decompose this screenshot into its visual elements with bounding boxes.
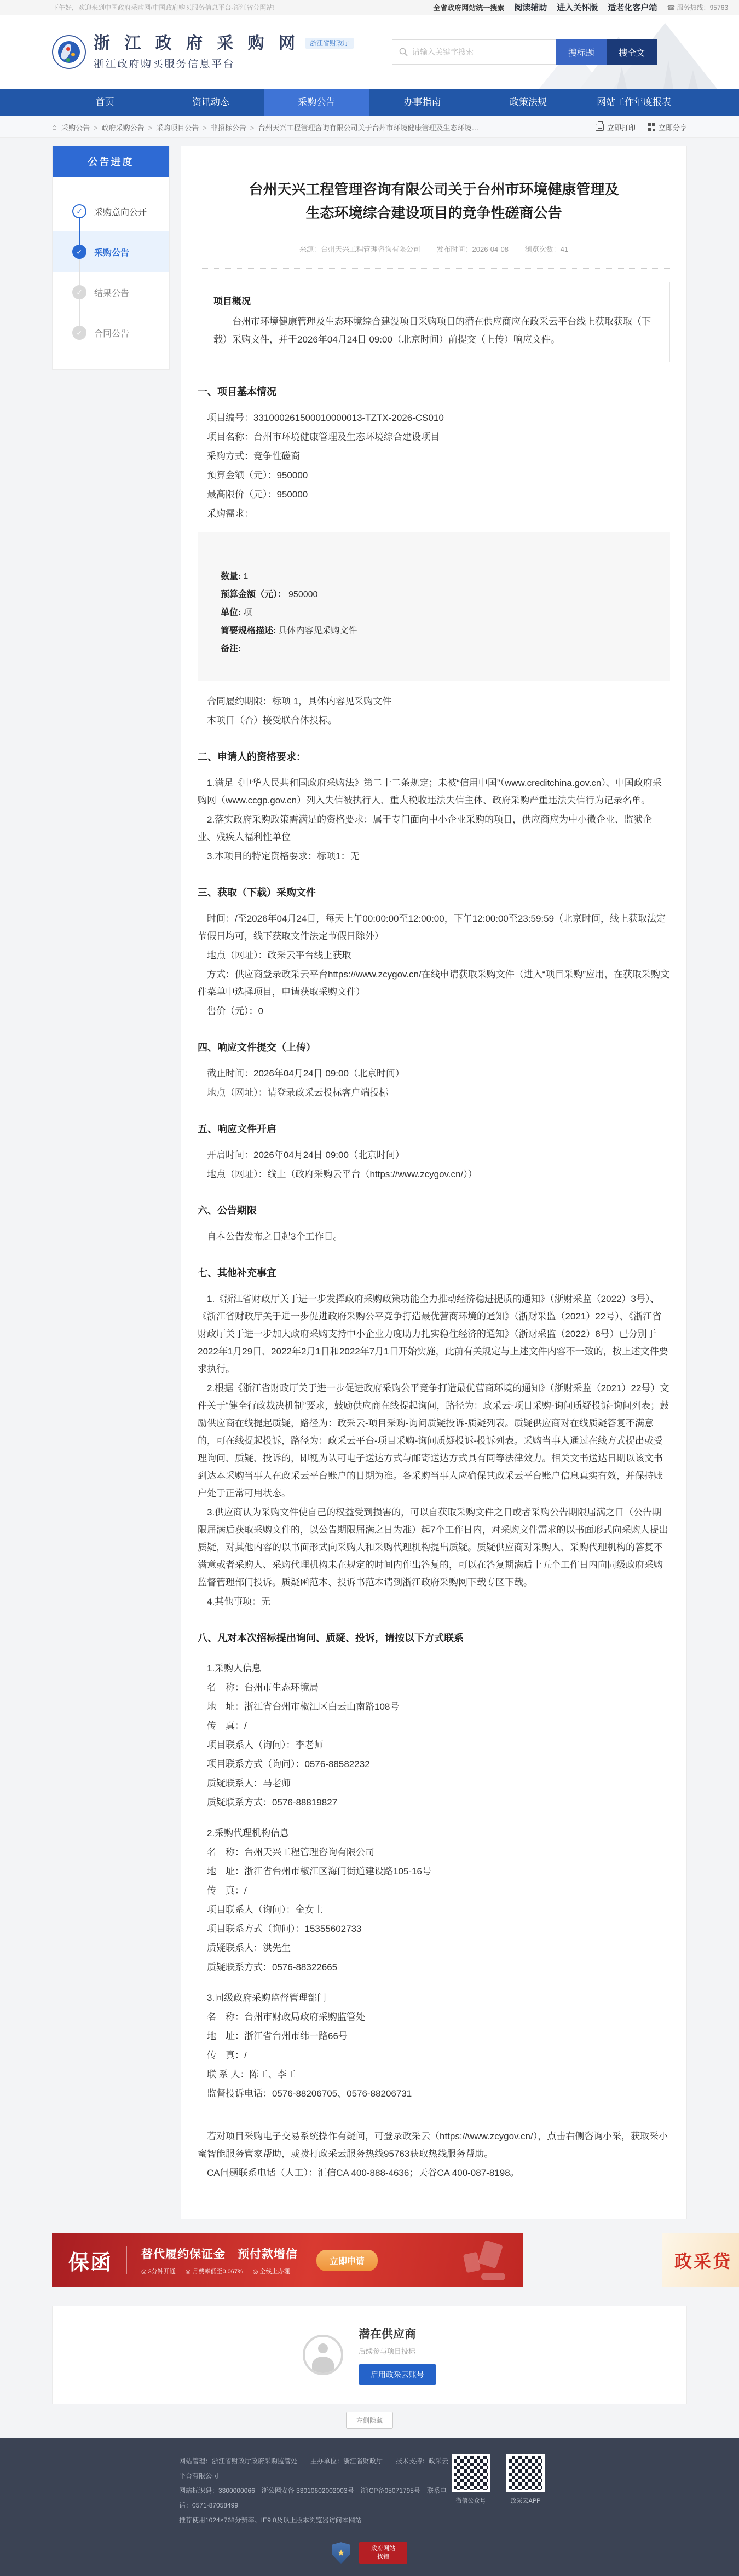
article-views: 浏览次数：41 [525, 245, 568, 253]
elderly-client-link[interactable]: 适老化客户端 [608, 2, 657, 13]
page-title: 台州天兴工程管理咨询有限公司关于台州市环境健康管理及生态环境综合建设项目的竞争性… [198, 178, 670, 225]
announcement-progress-sidebar: 公告进度 ✓ 采购意向公开 ✓ 采购公告 ✓ 结果公告 ✓ [52, 146, 170, 370]
article-block: 地点（网址）：请登录政采云投标客户端投标 [198, 1084, 670, 1102]
lot-line: 预算金额（元）：950000 [221, 586, 647, 604]
site-header: 浙 江 政 府 采 购 网浙江省财政厅 浙江政府购买服务信息平台 搜标题 搜全文 [0, 15, 739, 89]
article-block: 项目联系方式（询问）：0576-88582232 [198, 1756, 670, 1773]
guarantee-letter-banner[interactable]: 保函 替代履约保证金 预付款增信 3分钟开通月费率低至0.067%全线上办理 立… [52, 2233, 523, 2287]
article-block: 名 称：台州市财政局政府采购监管处 [198, 2008, 670, 2026]
article-block: 名 称：台州市生态环境局 [198, 1679, 670, 1697]
nav-item[interactable]: 采购公告 [264, 89, 370, 116]
article-block: 地点（网址）：政采云平台线上获取 [198, 947, 670, 964]
article-block: 若对项目采购电子交易系统操作有疑问，可登录政采云（https://www.zcy… [198, 2128, 670, 2163]
article-block: 采购需求： [198, 505, 670, 523]
sidebar-title: 公告进度 [53, 146, 169, 177]
lot-line-label: 预算金额（元）： [221, 590, 286, 599]
article-block: 4.其他事项：无 [198, 1593, 670, 1611]
breadcrumb-item[interactable]: 采购公告 [61, 122, 90, 132]
check-icon: ✓ [72, 285, 86, 299]
lot-line-label: 备注: [221, 644, 241, 653]
announcement-article: 台州天兴工程管理咨询有限公司关于台州市环境健康管理及生态环境综合建设项目的竞争性… [181, 146, 687, 2219]
article-source: 来源：台州天兴工程管理咨询有限公司 [299, 245, 420, 253]
article-block: 开启时间：2026年04月24日 09:00（北京时间） [198, 1147, 670, 1164]
lot-line-value: 具体内容见采购文件 [278, 626, 357, 635]
breadcrumb-item[interactable]: 政府采购公告 [90, 122, 145, 132]
province-unified-search-link[interactable]: 全省政府网站统一搜索 [433, 2, 504, 13]
qr-caption: 微信公众号 [452, 2496, 490, 2505]
article-block: 质疑联系人：马老师 [198, 1775, 670, 1792]
share-button[interactable]: 立即分享 [648, 122, 687, 132]
supplier-card-subtitle: 后续参与项目投标 [359, 2346, 436, 2356]
article-block: 本项目（否）接受联合体投标。 [198, 712, 670, 730]
article-block: 质疑联系方式：0576-88819827 [198, 1794, 670, 1811]
article-block: 合同履约期限：标项 1，具体内容见采购文件 [198, 693, 670, 710]
ad-banner-row: 保函 替代履约保证金 预付款增信 3分钟开通月费率低至0.067%全线上办理 立… [0, 2233, 739, 2287]
article-meta: 来源：台州天兴工程管理咨询有限公司 发布时间：2026-04-08 浏览次数：4… [198, 244, 670, 254]
footer-qrcode: 微信公众号 [452, 2454, 490, 2528]
header-search: 搜标题 搜全文 [392, 39, 657, 65]
check-icon: ✓ [72, 245, 86, 259]
overview-title: 项目概况 [213, 293, 654, 307]
lot-line-label: 简要规格描述: [221, 626, 276, 635]
nav-item[interactable]: 网站工作年度报表 [581, 89, 686, 116]
person-icon [303, 2335, 343, 2375]
lot-line-value: 950000 [288, 590, 317, 599]
article-block: 地 址：浙江省台州市椒江区白云山南路108号 [198, 1698, 670, 1716]
reading-aid-link[interactable]: 阅读辅助 [514, 2, 547, 13]
breadcrumb-item[interactable]: 非招标公告 [199, 122, 246, 132]
lot-line: 数量:1 [221, 568, 647, 586]
supplier-activate-button[interactable]: 启用政采云账号 [359, 2364, 436, 2385]
nav-item[interactable]: 办事指南 [370, 89, 475, 116]
qr-code-image [506, 2454, 545, 2492]
qr-share-icon [648, 123, 655, 131]
article-block: 项目编号：331000261500010000013-TZTX-2026-CS0… [198, 409, 670, 427]
supplier-card-title: 潜在供应商 [359, 2325, 436, 2342]
progress-step[interactable]: ✓ 结果公告 [53, 272, 169, 312]
article-block: 地 址：浙江省台州市纬一路66号 [198, 2028, 670, 2045]
project-overview-box: 项目概况 台州市环境健康管理及生态环境综合建设项目采购项目的潜在供应商应在政采云… [198, 282, 670, 362]
site-error-report-badge[interactable]: 政府网站 找错 [359, 2542, 407, 2564]
article-block: 传 真：/ [198, 1717, 670, 1735]
banner-feature: 3分钟开通 [141, 2267, 176, 2276]
article-block: 截止时间：2026年04月24日 09:00（北京时间） [198, 1065, 670, 1083]
article-block: 五、响应文件开启 [198, 1120, 670, 1138]
article-block: 地点（网址）：线上（政府采购云平台（https://www.zcygov.cn/… [198, 1166, 670, 1183]
article-block: 质疑联系人：洪先生 [198, 1940, 670, 1957]
article-block: 项目名称：台州市环境健康管理及生态环境综合建设项目 [198, 429, 670, 446]
banner-tagline: 替代履约保证金 预付款增信 [141, 2245, 298, 2262]
article-block: 三、获取（下载）采购文件 [198, 884, 670, 901]
article-block: 时间：/至2026年04月24日，每天上午00:00:00至12:00:00，下… [198, 910, 670, 945]
check-icon: ✓ [72, 204, 86, 218]
government-site-badge-icon[interactable]: ★ [332, 2542, 350, 2564]
badge-text-line2: 找错 [377, 2553, 389, 2561]
search-fulltext-button[interactable]: 搜全文 [607, 39, 657, 65]
banner-apply-button[interactable]: 立即申请 [316, 2250, 378, 2271]
article-block: 2.采购代理机构信息 [198, 1825, 670, 1842]
article-block: 一、项目基本情况 [198, 383, 670, 401]
site-footer: 网站管理：浙江省财政厅政府采购监管处 主办单位：浙江省财政厅 技术支持：政采云平… [0, 2438, 739, 2576]
article-block: 地 址：浙江省台州市椒江区海门街道建设路105-16号 [198, 1863, 670, 1880]
lot-detail-box: 数量:1 预算金额（元）：950000 单位:项 简要规格描述:具体内容见采购文… [198, 532, 670, 681]
lot-line-value: 1 [243, 572, 248, 581]
site-logo[interactable]: 浙 江 政 府 采 购 网浙江省财政厅 浙江政府购买服务信息平台 [52, 34, 354, 71]
article-block: 采购方式：竞争性磋商 [198, 448, 670, 465]
article-block: 2.根据《浙江省财政厅关于进一步促进政府采购公平竞争打造最优营商环境的通知》（浙… [198, 1380, 670, 1502]
progress-step[interactable]: ✓ 采购意向公开 [53, 191, 169, 231]
qr-caption: 政采云APP [506, 2496, 545, 2505]
article-block: 自本公告发布之日起3个工作日。 [198, 1228, 670, 1246]
progress-step[interactable]: ✓ 采购公告 [53, 231, 169, 272]
article-block: 名 称：台州天兴工程管理咨询有限公司 [198, 1844, 670, 1861]
article-block: 2.落实政府采购政策需满足的资格要求：属于专门面向中小企业采购的项目，供应商应为… [198, 811, 670, 846]
article-block: 质疑联系方式：0576-88322665 [198, 1959, 670, 1976]
article-block: 项目联系人（询问）：李老师 [198, 1736, 670, 1754]
footer-qrcode: 政采云APP [506, 2454, 545, 2528]
article-block: 七、其他补充事宜 [198, 1264, 670, 1282]
article-block: 1.满足《中华人民共和国政府采购法》第二十二条规定；未被“信用中国”（www.c… [198, 774, 670, 809]
banner-feature: 全线上办理 [253, 2267, 290, 2276]
qr-code-image [452, 2454, 490, 2492]
search-input[interactable] [412, 48, 550, 56]
article-block: 1.采购人信息 [198, 1660, 670, 1677]
site-subtitle: 浙江政府购买服务信息平台 [94, 56, 354, 71]
nav-item[interactable]: 政策法规 [475, 89, 581, 116]
article-block: 监督投诉电话：0576-88206705、0576-88206731 [198, 2085, 670, 2103]
article-block: 二、申请人的资格要求： [198, 748, 670, 766]
breadcrumb-item[interactable]: 台州天兴工程管理咨询有限公司关于台州市环境健康管理及生态环境综合建设项目的竞争.… [246, 122, 482, 132]
main-nav: 首页资讯动态采购公告办事指南政策法规网站工作年度报表 [0, 89, 739, 116]
divider [198, 268, 670, 269]
search-icon [399, 48, 408, 56]
top-utility-bar: 下午好，欢迎来到中国政府采购网/中国政府购买服务信息平台-浙江省分网站! 全省政… [0, 0, 739, 15]
footer-line: 网站标识码：3300000066 浙公网安备 33010602002003号 浙… [179, 2484, 452, 2513]
service-hotline: ☎ 服务热线：95763 [667, 3, 728, 12]
org-badge: 浙江省财政厅 [305, 38, 354, 49]
article-block: 3.供应商认为采购文件使自己的权益受到损害的，可以自获取采购文件之日或者采购公告… [198, 1504, 670, 1591]
footer-line: 推荐使用1024×768分辨率、IE9.0及以上版本浏览器访问本网站 [179, 2513, 452, 2528]
progress-step[interactable]: ✓ 合同公告 [53, 312, 169, 353]
breadcrumb: 采购公告政府采购公告采购项目公告非招标公告台州天兴工程管理咨询有限公司关于台州市… [61, 122, 482, 132]
article-publish-time: 发布时间：2026-04-08 [437, 245, 509, 253]
lot-line: 备注: [221, 640, 647, 658]
breadcrumb-bar: ⌂ 采购公告政府采购公告采购项目公告非招标公告台州天兴工程管理咨询有限公司关于台… [0, 116, 739, 138]
article-block: 八、凡对本次招标提出询问、质疑、投诉，请按以下方式联系 [198, 1629, 670, 1647]
footer-line: 网站管理：浙江省财政厅政府采购监管处 主办单位：浙江省财政厅 技术支持：政采云平… [179, 2454, 452, 2484]
lot-line: 简要规格描述:具体内容见采购文件 [221, 622, 647, 640]
article-block: 售价（元）：0 [198, 1003, 670, 1020]
procurement-loan-banner[interactable]: 政采贷 [662, 2233, 739, 2287]
article-block: 六、公告期限 [198, 1202, 670, 1219]
article-block: 项目联系方式（询问）：15355602733 [198, 1920, 670, 1938]
potential-supplier-card: 潜在供应商 后续参与项目投标 启用政采云账号 [52, 2306, 687, 2404]
overview-text: 台州市环境健康管理及生态环境综合建设项目采购项目的潜在供应商应在政采云平台线上获… [213, 312, 654, 349]
site-title: 浙 江 政 府 采 购 网浙江省财政厅 [94, 34, 354, 54]
lot-line-value: 项 [243, 608, 252, 617]
banner-feature: 月费率低至0.067% [186, 2267, 243, 2276]
banner-title: 保函 [68, 2245, 112, 2276]
divider [126, 2246, 127, 2274]
loan-banner-title: 政采贷 [674, 2248, 732, 2273]
badge-text-line1: 政府网站 [371, 2545, 395, 2553]
greeting-text: 下午好，欢迎来到中国政府采购网/中国政府购买服务信息平台-浙江省分网站! [52, 3, 275, 12]
article-block: 传 真：/ [198, 1882, 670, 1900]
banner-illustration [434, 2239, 516, 2283]
nav-item[interactable]: 首页 [52, 89, 158, 116]
print-icon [596, 124, 604, 131]
progress-step-label: 采购公告 [94, 246, 129, 258]
article-block: 传 真：/ [198, 2047, 670, 2064]
article-block: 方式：供应商登录政采云平台https://www.zcygov.cn/在线申请获… [198, 966, 670, 1001]
lot-line-label: 数量: [221, 572, 241, 581]
article-block: 3.本项目的特定资格要求：标项1：无 [198, 848, 670, 865]
care-version-link[interactable]: 进入关怀版 [557, 2, 598, 13]
nav-item[interactable]: 资讯动态 [158, 89, 263, 116]
hide-row: 左侧隐藏 [0, 2404, 739, 2438]
home-icon: ⌂ [52, 123, 57, 132]
article-block: 预算金额（元）：950000 [198, 467, 670, 484]
lot-line-label: 单位: [221, 608, 241, 617]
article-block: 项目联系人（询问）：金女士 [198, 1901, 670, 1919]
article-block: CA问题联系电话（人工）：汇信CA 400-888-4636；天谷CA 400-… [198, 2164, 670, 2182]
hide-sidebar-button[interactable]: 左侧隐藏 [346, 2412, 393, 2429]
progress-step-label: 合同公告 [94, 327, 129, 339]
article-block: 最高限价（元）：950000 [198, 486, 670, 503]
breadcrumb-item[interactable]: 采购项目公告 [145, 122, 199, 132]
lot-line: 单位:项 [221, 604, 647, 622]
search-title-button[interactable]: 搜标题 [556, 39, 607, 65]
progress-step-label: 采购意向公开 [94, 205, 147, 218]
print-button[interactable]: 立即打印 [596, 122, 636, 132]
article-block: 四、响应文件提交（上传） [198, 1039, 670, 1056]
check-icon: ✓ [72, 326, 86, 340]
article-block: 3.同级政府采购监督管理部门 [198, 1989, 670, 2007]
article-block: 联 系 人：陈工、李工 [198, 2066, 670, 2083]
progress-step-label: 结果公告 [94, 286, 129, 299]
site-emblem-icon [52, 35, 86, 69]
phone-icon: ☎ [667, 4, 675, 11]
article-block: 1.《浙江省财政厅关于进一步发挥政府采购政策功能全力推动经济稳进提质的通知》（浙… [198, 1290, 670, 1378]
